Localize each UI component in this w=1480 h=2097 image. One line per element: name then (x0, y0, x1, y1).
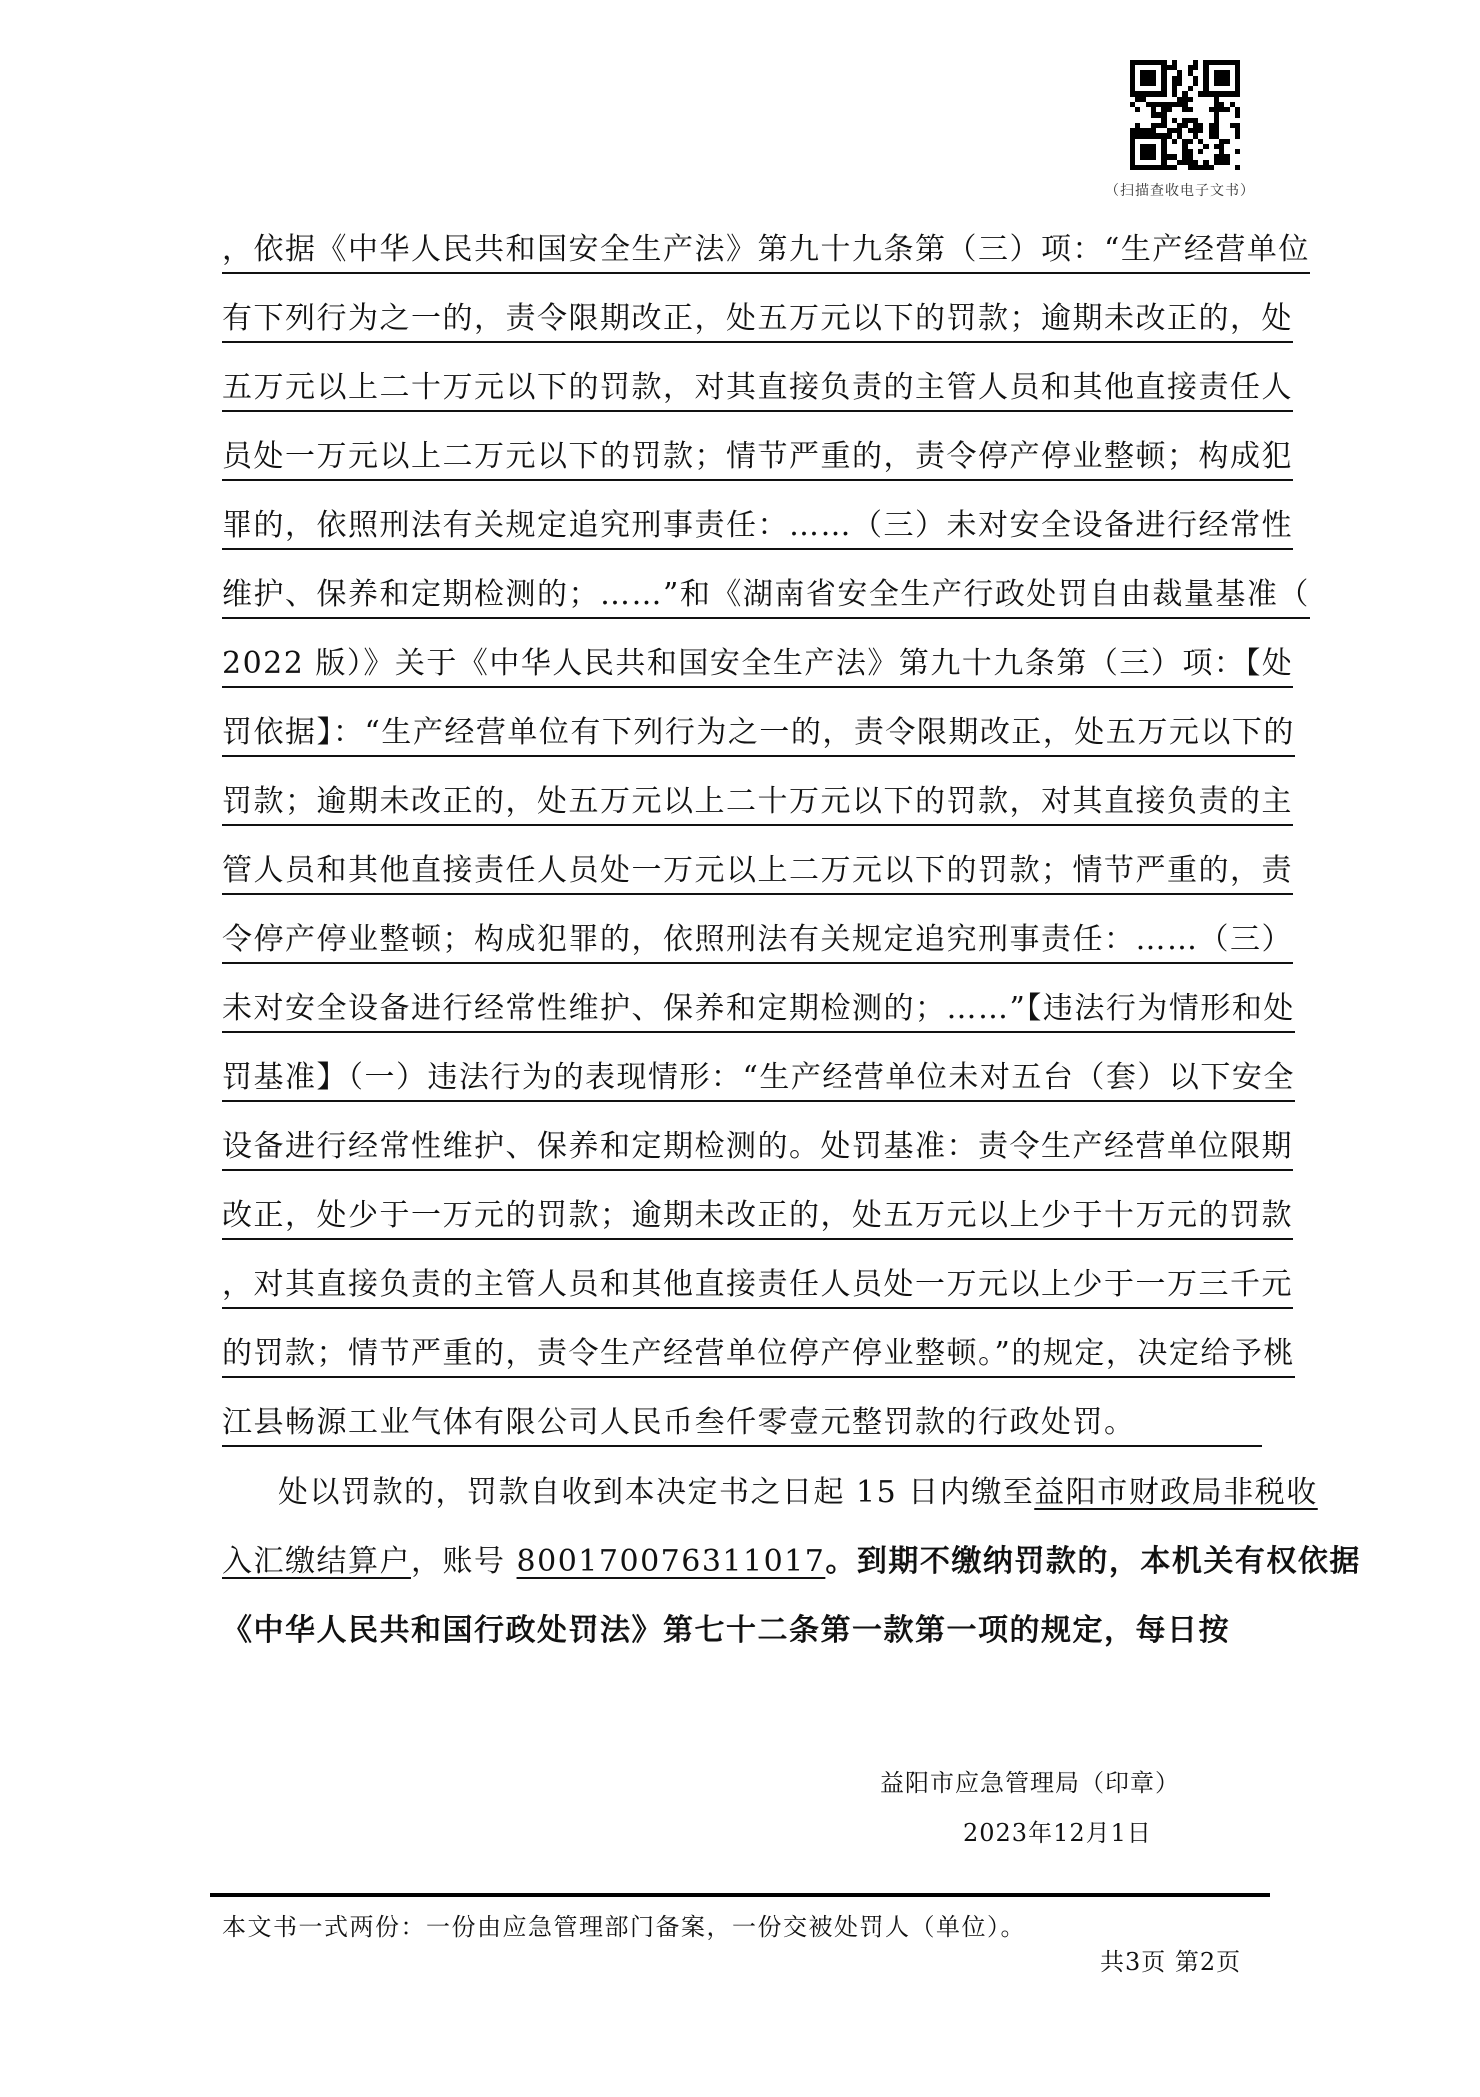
issue-date: 2023年12月1日 (963, 1813, 1152, 1848)
body-line: 员处一万元以上二万元以下的罚款；情节严重的，责令停产停业整顿；构成犯 (222, 437, 1293, 481)
body-line: 维护、保养和定期检测的；……”和《湖南省安全生产行政处罚自由裁量基准（ (222, 575, 1310, 619)
account-number: 800170076311017 (517, 1544, 826, 1579)
overdue-warning: 。到期不缴纳罚款的，本机关有权依据 (825, 1544, 1361, 1579)
payment-paragraph-line-2: 入汇缴结算户，账号 800170076311017。到期不缴纳罚款的，本机关有权… (222, 1542, 1361, 1582)
body-line: 罚款；逾期未改正的，处五万元以上二十万元以下的罚款，对其直接负责的主 (222, 782, 1293, 826)
body-line: 的罚款；情节严重的，责令生产经营单位停产停业整顿。”的规定，决定给予桃 (222, 1334, 1295, 1378)
body-line: ，依据《中华人民共和国安全生产法》第九十九条第（三）项：“生产经营单位 (222, 230, 1310, 274)
body-line: 罪的，依照刑法有关规定追究刑事责任：……（三）未对安全设备进行经常性 (222, 506, 1293, 550)
body-line: 2022 版）》关于《中华人民共和国安全生产法》第九十九条第（三）项：【处 (222, 644, 1293, 688)
qr-block: （扫描查收电子文书） (1095, 60, 1275, 200)
body-line: 未对安全设备进行经常性维护、保养和定期检测的；……”【违法行为情形和处 (222, 989, 1295, 1033)
body-line: ，对其直接负责的主管人员和其他直接责任人员处一万元以上少于一万三千元 (222, 1265, 1293, 1309)
body-line: 设备进行经常性维护、保养和定期检测的。处罚基准：责令生产经营单位限期 (222, 1127, 1293, 1171)
account-name: 益阳市财政局非税收 (1034, 1475, 1318, 1510)
qr-code-icon[interactable] (1130, 60, 1240, 170)
payment-paragraph-line-1: 处以罚款的，罚款自收到本决定书之日起 15 日内缴至益阳市财政局非税收 (278, 1473, 1318, 1513)
body-line: 令停产停业整顿；构成犯罪的，依照刑法有关规定追究刑事责任：……（三） (222, 920, 1293, 964)
account-label: ，账号 (411, 1544, 517, 1579)
body-line: 有下列行为之一的，责令限期改正，处五万元以下的罚款；逾期未改正的，处 (222, 299, 1293, 343)
body-line: 五万元以上二十万元以下的罚款，对其直接负责的主管人员和其他直接责任人 (222, 368, 1293, 412)
body-line: 罚基准】（一）违法行为的表现情形：“生产经营单位未对五台（套）以下安全 (222, 1058, 1295, 1102)
issuing-authority: 益阳市应急管理局（印章） (880, 1763, 1180, 1798)
page-number: 共3页 第2页 (1100, 1942, 1241, 1977)
payment-paragraph-line-3: 《中华人民共和国行政处罚法》第七十二条第一款第一项的规定，每日按 (222, 1611, 1230, 1651)
footer-divider (210, 1893, 1270, 1897)
footer-note: 本文书一式两份：一份由应急管理部门备案，一份交被处罚人（单位）。 (222, 1907, 1026, 1942)
body-line: 江县畅源工业气体有限公司人民币叁仟零壹元整罚款的行政处罚。 (222, 1403, 1262, 1447)
body-line: 罚依据】：“生产经营单位有下列行为之一的，责令限期改正，处五万元以下的 (222, 713, 1295, 757)
payment-prefix: 处以罚款的，罚款自收到本决定书之日起 15 日内缴至 (278, 1475, 1034, 1510)
body-line: 管人员和其他直接责任人员处一万元以上二万元以下的罚款；情节严重的，责 (222, 851, 1293, 895)
account-name-cont: 入汇缴结算户 (222, 1544, 411, 1579)
body-line: 改正，处少于一万元的罚款；逾期未改正的，处五万元以上少于十万元的罚款 (222, 1196, 1293, 1240)
qr-caption: （扫描查收电子文书） (1085, 180, 1275, 200)
